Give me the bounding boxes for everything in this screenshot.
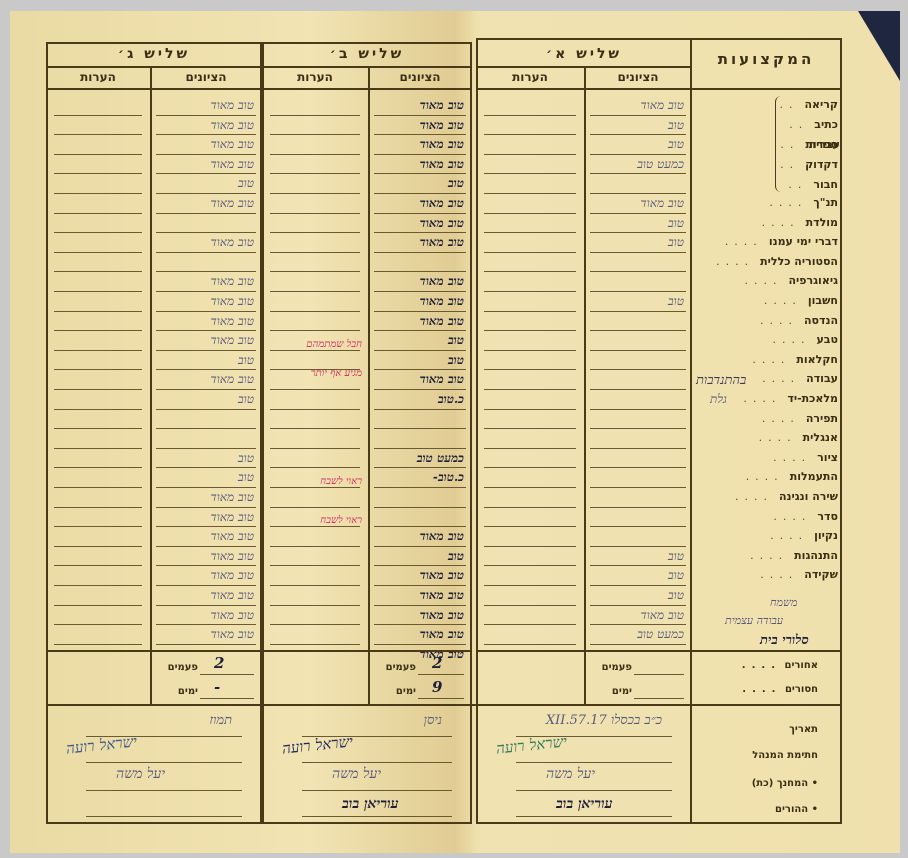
grade-entry: טוב מאוד [420,137,464,152]
grade-rule [156,252,256,253]
grade-entry: טוב מאוד [420,157,464,172]
subject-label: הסטוריה כללית [760,255,838,268]
grade-rule [156,271,256,272]
grade-entry: טוב [668,294,684,309]
grade-rule [590,115,686,116]
signature-rule [516,816,672,817]
parent-signature: עוריאן בוב [556,796,613,813]
subject-row: דברי ימי עמנו.... [698,235,838,248]
notes-rule [270,291,360,292]
notes-rule [270,644,360,645]
trimester-c-title: שליש ג׳ [48,46,260,62]
subjects-header-divider [690,88,842,90]
notes-rule [54,271,142,272]
column-divider [150,66,152,704]
notes-rule [54,193,142,194]
subject-row: מולדת.... [698,216,838,229]
grade-rule [590,369,686,370]
attendance-divider [262,650,472,652]
subject-row: גיאוגרפיה.... [698,274,838,287]
grade-rule [374,252,466,253]
notes-rule [270,605,360,606]
grade-rule [590,173,686,174]
teacher-note: ראוי לשבח [320,476,362,487]
grade-rule [590,134,686,135]
grade-rule [156,330,256,331]
leader-dots: .... [752,353,790,366]
grade-rule [374,271,466,272]
subject-label: דקדוק [805,158,838,171]
times-label: פעמים [168,662,198,673]
notes-rule [270,173,360,174]
grade-entry: טוב מאוד [420,98,464,113]
grades-header: הציונים [368,70,472,84]
grade-rule [156,526,256,527]
notes-rule [270,252,360,253]
grade-rule [374,467,466,468]
notes-rule [54,467,142,468]
grade-entry: טוב מאוד [211,372,255,387]
notes-rule [54,409,142,410]
subject-spelling: כתיב.. [748,118,838,131]
grade-entry: טוב [448,549,464,564]
notes-rule [54,350,142,351]
signature-rule [86,762,242,763]
grade-entry: טוב מאוד [641,608,685,623]
subject-row: סדר.... [698,510,838,523]
subject-row: התנהגות.... [698,549,838,562]
grade-entry: טוב מאוד [211,568,255,583]
notes-rule [484,271,576,272]
grade-entry: טוב מאוד [211,137,255,152]
grade-entry: טוב מאוד [211,333,255,348]
notes-rule [484,605,576,606]
notes-rule [54,115,142,116]
notes-rule [484,291,576,292]
grade-entry: טוב מאוד [211,490,255,505]
grade-entry: טוב מאוד [641,98,685,113]
notes-rule [54,507,142,508]
attendance-label: אחורים [784,660,818,671]
notes-rule [484,134,576,135]
teacher-signature: יעל משה [332,766,381,783]
trimester-a-title: שליש א׳ [478,46,690,62]
grade-rule [374,389,466,390]
grade-rule [374,350,466,351]
subject-label: הנדסה [804,314,838,327]
grade-entry: טוב מאוד [420,294,464,309]
subject-label: אנגלית [803,431,838,444]
grade-entry: טוב מאוד [211,294,255,309]
subject-label: התעמלות [790,470,838,483]
header-divider [262,88,472,90]
grades-header: הציונים [150,70,262,84]
grade-entry: טוב מאוד [211,314,255,329]
grade-rule [590,507,686,508]
grade-rule [590,565,686,566]
notes-rule [270,271,360,272]
notes-rule [270,467,360,468]
subject-row: שקידה.... [698,568,838,581]
notes-rule [54,389,142,390]
grade-rule [590,428,686,429]
notes-rule [484,330,576,331]
grade-rule [590,526,686,527]
leader-dots: .... [750,549,788,562]
notes-rule [54,369,142,370]
grade-entry: טוב מאוד [211,98,255,113]
subject-row: חשבון.... [698,294,838,307]
footer-divider [46,704,842,706]
notes-rule [54,565,142,566]
grade-entry: טוב מאוד [420,314,464,329]
attendance-divider [476,650,692,652]
notes-rule [270,213,360,214]
grade-entry: כמעט טוב [637,627,684,642]
grade-entry: טוב [238,176,254,191]
grade-entry: טוב [448,353,464,368]
grade-rule [156,389,256,390]
subject-label: התנהגות [794,549,838,562]
grade-rule [374,154,466,155]
days-rule [634,698,684,699]
notes-rule [54,311,142,312]
subject-label: מלאכת-יד [787,392,838,405]
grade-rule [156,585,256,586]
signature-rule [302,816,452,817]
grade-rule [374,134,466,135]
header-divider [46,88,262,90]
subject-label: טבע [816,333,838,346]
times-value: 2 [432,654,442,672]
grade-rule [156,428,256,429]
signature-rule [86,816,242,817]
times-label: פעמים [386,662,416,673]
notes-rule [484,624,576,625]
grade-entry: טוב מאוד [211,549,255,564]
notes-rule [484,448,576,449]
grade-entry: טוב מאוד [211,235,255,250]
notes-rule [484,369,576,370]
notes-rule [484,585,576,586]
grade-entry: טוב מאוד [420,372,464,387]
notes-rule [484,467,576,468]
days-rule [418,698,464,699]
notes-rule [54,428,142,429]
teacher-signature: יעל משה [116,766,165,783]
signature-rule [302,762,452,763]
subjects-header: המקצועות [692,50,840,68]
teacher-note: מגיע אף יותר [311,368,362,379]
notes-rule [484,507,576,508]
grade-rule [156,487,256,488]
teacher-note: ראוי לשבח [320,515,362,526]
grade-rule [590,487,686,488]
days-value: 9 [432,678,442,696]
teacher-signature: יעל משה [546,766,595,783]
trimester-b-title: שליש ב׳ [264,46,470,62]
grade-entry: טוב מאוד [211,627,255,642]
days-label: ימים [612,686,632,697]
parents-label: • ההורים [775,804,818,815]
notes-rule [270,526,360,527]
subject-label: חקלאות [796,353,838,366]
notes-rule [54,546,142,547]
grade-rule [374,507,466,508]
grade-entry: טוב [668,235,684,250]
subject-label: חשבון [808,294,838,307]
leader-dots: .... [762,412,800,425]
grade-entry: טוב מאוד [211,608,255,623]
grade-entry: טוב [448,333,464,348]
subject-label: נקיון [814,529,838,542]
notes-rule [54,448,142,449]
subject-label: חבור [813,178,838,191]
grade-rule [156,565,256,566]
leader-dots: .... [743,392,781,405]
grade-rule [156,193,256,194]
grade-entry: טוב מאוד [420,529,464,544]
notes-rule [270,546,360,547]
date-entry: כ״ב בכסלו 17.XII.57 [546,712,662,728]
grade-entry: טוב מאוד [420,235,464,250]
attendance-divider [690,650,842,652]
subject-composition: חבור.. [748,178,838,191]
grade-rule [156,154,256,155]
leader-dots: .... [735,490,773,503]
subject-row: הנדסה.... [698,314,838,327]
grade-entry: טוב מאוד [420,588,464,603]
grade-rule [156,213,256,214]
header-divider [476,88,692,90]
subject-label: סדר [817,510,838,523]
grade-rule [374,311,466,312]
grade-entry: טוב מאוד [420,568,464,583]
notes-rule [54,232,142,233]
grade-rule [374,193,466,194]
notes-rule [54,134,142,135]
subject-label: שירה ונגינה [779,490,838,503]
leader-dots: .... [746,470,784,483]
grade-entry: טוב מאוד [420,274,464,289]
grade-rule [374,213,466,214]
notes-rule [484,350,576,351]
leader-dots: .... [769,196,807,209]
grade-rule [590,467,686,468]
subject-label: מולדת [806,216,838,229]
parents-text: ההורים [775,804,808,815]
grade-entry: טוב מאוד [211,118,255,133]
subject-row: טבע.... [698,333,838,346]
handwritten-subject: גלת [710,392,727,407]
grade-entry: כ.טוב [438,392,464,407]
grade-entry: כ.טוב- [433,470,464,485]
grade-rule [374,330,466,331]
grade-rule [374,644,466,645]
subject-row: תפירה.... [698,412,838,425]
grade-rule [590,271,686,272]
grade-rule [156,173,256,174]
notes-rule [484,409,576,410]
notes-header: הערות [46,70,150,84]
grade-rule [374,624,466,625]
notes-rule [484,389,576,390]
notes-rule [54,644,142,645]
notes-rule [54,173,142,174]
grade-rule [374,369,466,370]
grade-entry: טוב מאוד [211,157,255,172]
grade-entry: טוב [238,470,254,485]
grade-entry: טוב [668,216,684,231]
days-label: ימים [396,686,416,697]
subject-row: נקיון.... [698,529,838,542]
teacher-note: חבל שמתמהם [306,339,362,350]
grade-entry: טוב מאוד [420,118,464,133]
leader-dots: .... [773,510,811,523]
notes-header: הערות [476,70,584,84]
subject-row: הסטוריה כללית.... [698,255,838,268]
signature-rule [516,762,672,763]
grade-rule [590,311,686,312]
subject-grammar: דקדוק.. [748,158,838,171]
grade-entry: כמעט טוב [637,157,684,172]
grade-entry: טוב [668,118,684,133]
date-entry: ניסן [424,712,442,728]
subject-row: תנ"ך.... [698,196,838,209]
grade-entry: טוב מאוד [211,510,255,525]
leader-dots: .... [770,529,808,542]
notes-rule [54,605,142,606]
grade-rule [374,565,466,566]
leader-dots: .... [773,451,811,464]
subject-label: תפירה [806,412,838,425]
leader-dots: .... [725,235,763,248]
grade-entry: כמעט טוב [417,451,464,466]
date-label: תאריך [789,724,818,735]
grade-rule [590,389,686,390]
attendance-divider [46,650,262,652]
notes-rule [54,154,142,155]
notes-rule [484,173,576,174]
grade-rule [374,487,466,488]
notes-rule [270,330,360,331]
grade-rule [156,546,256,547]
subject-label: גיאוגרפיה [788,274,838,287]
notes-rule [484,546,576,547]
notes-rule [270,134,360,135]
grade-entry: טוב [238,392,254,407]
grade-rule [156,232,256,233]
notes-rule [484,565,576,566]
column-divider [368,66,370,704]
grade-entry: טוב מאוד [211,529,255,544]
grade-entry: טוב [668,568,684,583]
signature-rule [86,790,242,791]
subject-reading: קריאה.. [748,98,838,111]
notes-rule [270,585,360,586]
notes-rule [54,291,142,292]
title-divider [46,66,262,68]
leader-dots: .... [744,274,782,287]
grade-rule [156,134,256,135]
notes-rule [484,487,576,488]
notes-rule [270,232,360,233]
notes-rule [270,389,360,390]
times-rule [634,674,684,675]
notes-rule [54,252,142,253]
subject-label: ציור [817,451,838,464]
leader-dots: .... [716,255,754,268]
grade-rule [590,546,686,547]
grade-rule [156,605,256,606]
grade-rule [156,467,256,468]
notes-rule [484,311,576,312]
notes-rule [270,487,360,488]
class-teacher-label: • המחנך (כת) [752,778,818,789]
grade-entry: טוב [238,451,254,466]
notes-rule [270,350,360,351]
grade-entry: טוב מאוד [211,274,255,289]
notes-rule [270,448,360,449]
notes-rule [270,428,360,429]
notes-rule [484,115,576,116]
grade-rule [156,311,256,312]
principal-signature-label: חתימת המנהל [752,750,818,761]
notes-rule [270,311,360,312]
grade-rule [374,115,466,116]
subject-label: תנ"ך [813,196,838,209]
subject-label: קריאה [804,98,838,111]
grade-rule [590,605,686,606]
grade-rule [590,232,686,233]
grade-rule [590,644,686,645]
grade-entry: טוב [668,137,684,152]
grade-entry: טוב מאוד [420,627,464,642]
notes-rule [270,565,360,566]
subject-row: אנגלית.... [698,431,838,444]
notes-rule [270,115,360,116]
grade-rule [590,409,686,410]
grade-entry: טוב מאוד [420,608,464,623]
class-teacher-text: המחנך (כת) [752,778,808,789]
grade-rule [590,291,686,292]
notes-rule [54,624,142,625]
column-divider [584,66,586,704]
grade-rule [590,154,686,155]
subject-row: חקלאות.... [698,353,838,366]
grade-rule [590,330,686,331]
date-entry: תמוז [209,712,232,728]
leader-dots: .... [772,333,810,346]
grade-rule [590,252,686,253]
leader-dots: .... [760,568,798,581]
grade-rule [156,409,256,410]
leader-dots: .... [760,314,798,327]
notes-rule [54,213,142,214]
leader-dots: .... [762,216,800,229]
grade-entry: טוב מאוד [641,196,685,211]
notes-header: הערות [262,70,368,84]
notes-rule [484,193,576,194]
times-label: פעמים [602,662,632,673]
grades-header: הציונים [584,70,692,84]
grade-rule [374,585,466,586]
grade-entry: טוב מאוד [211,588,255,603]
parent-signature: עוריאן בוב [342,796,399,813]
grade-rule [374,173,466,174]
handwritten-subject: עבודה עצמית [725,614,783,627]
grade-rule [156,350,256,351]
